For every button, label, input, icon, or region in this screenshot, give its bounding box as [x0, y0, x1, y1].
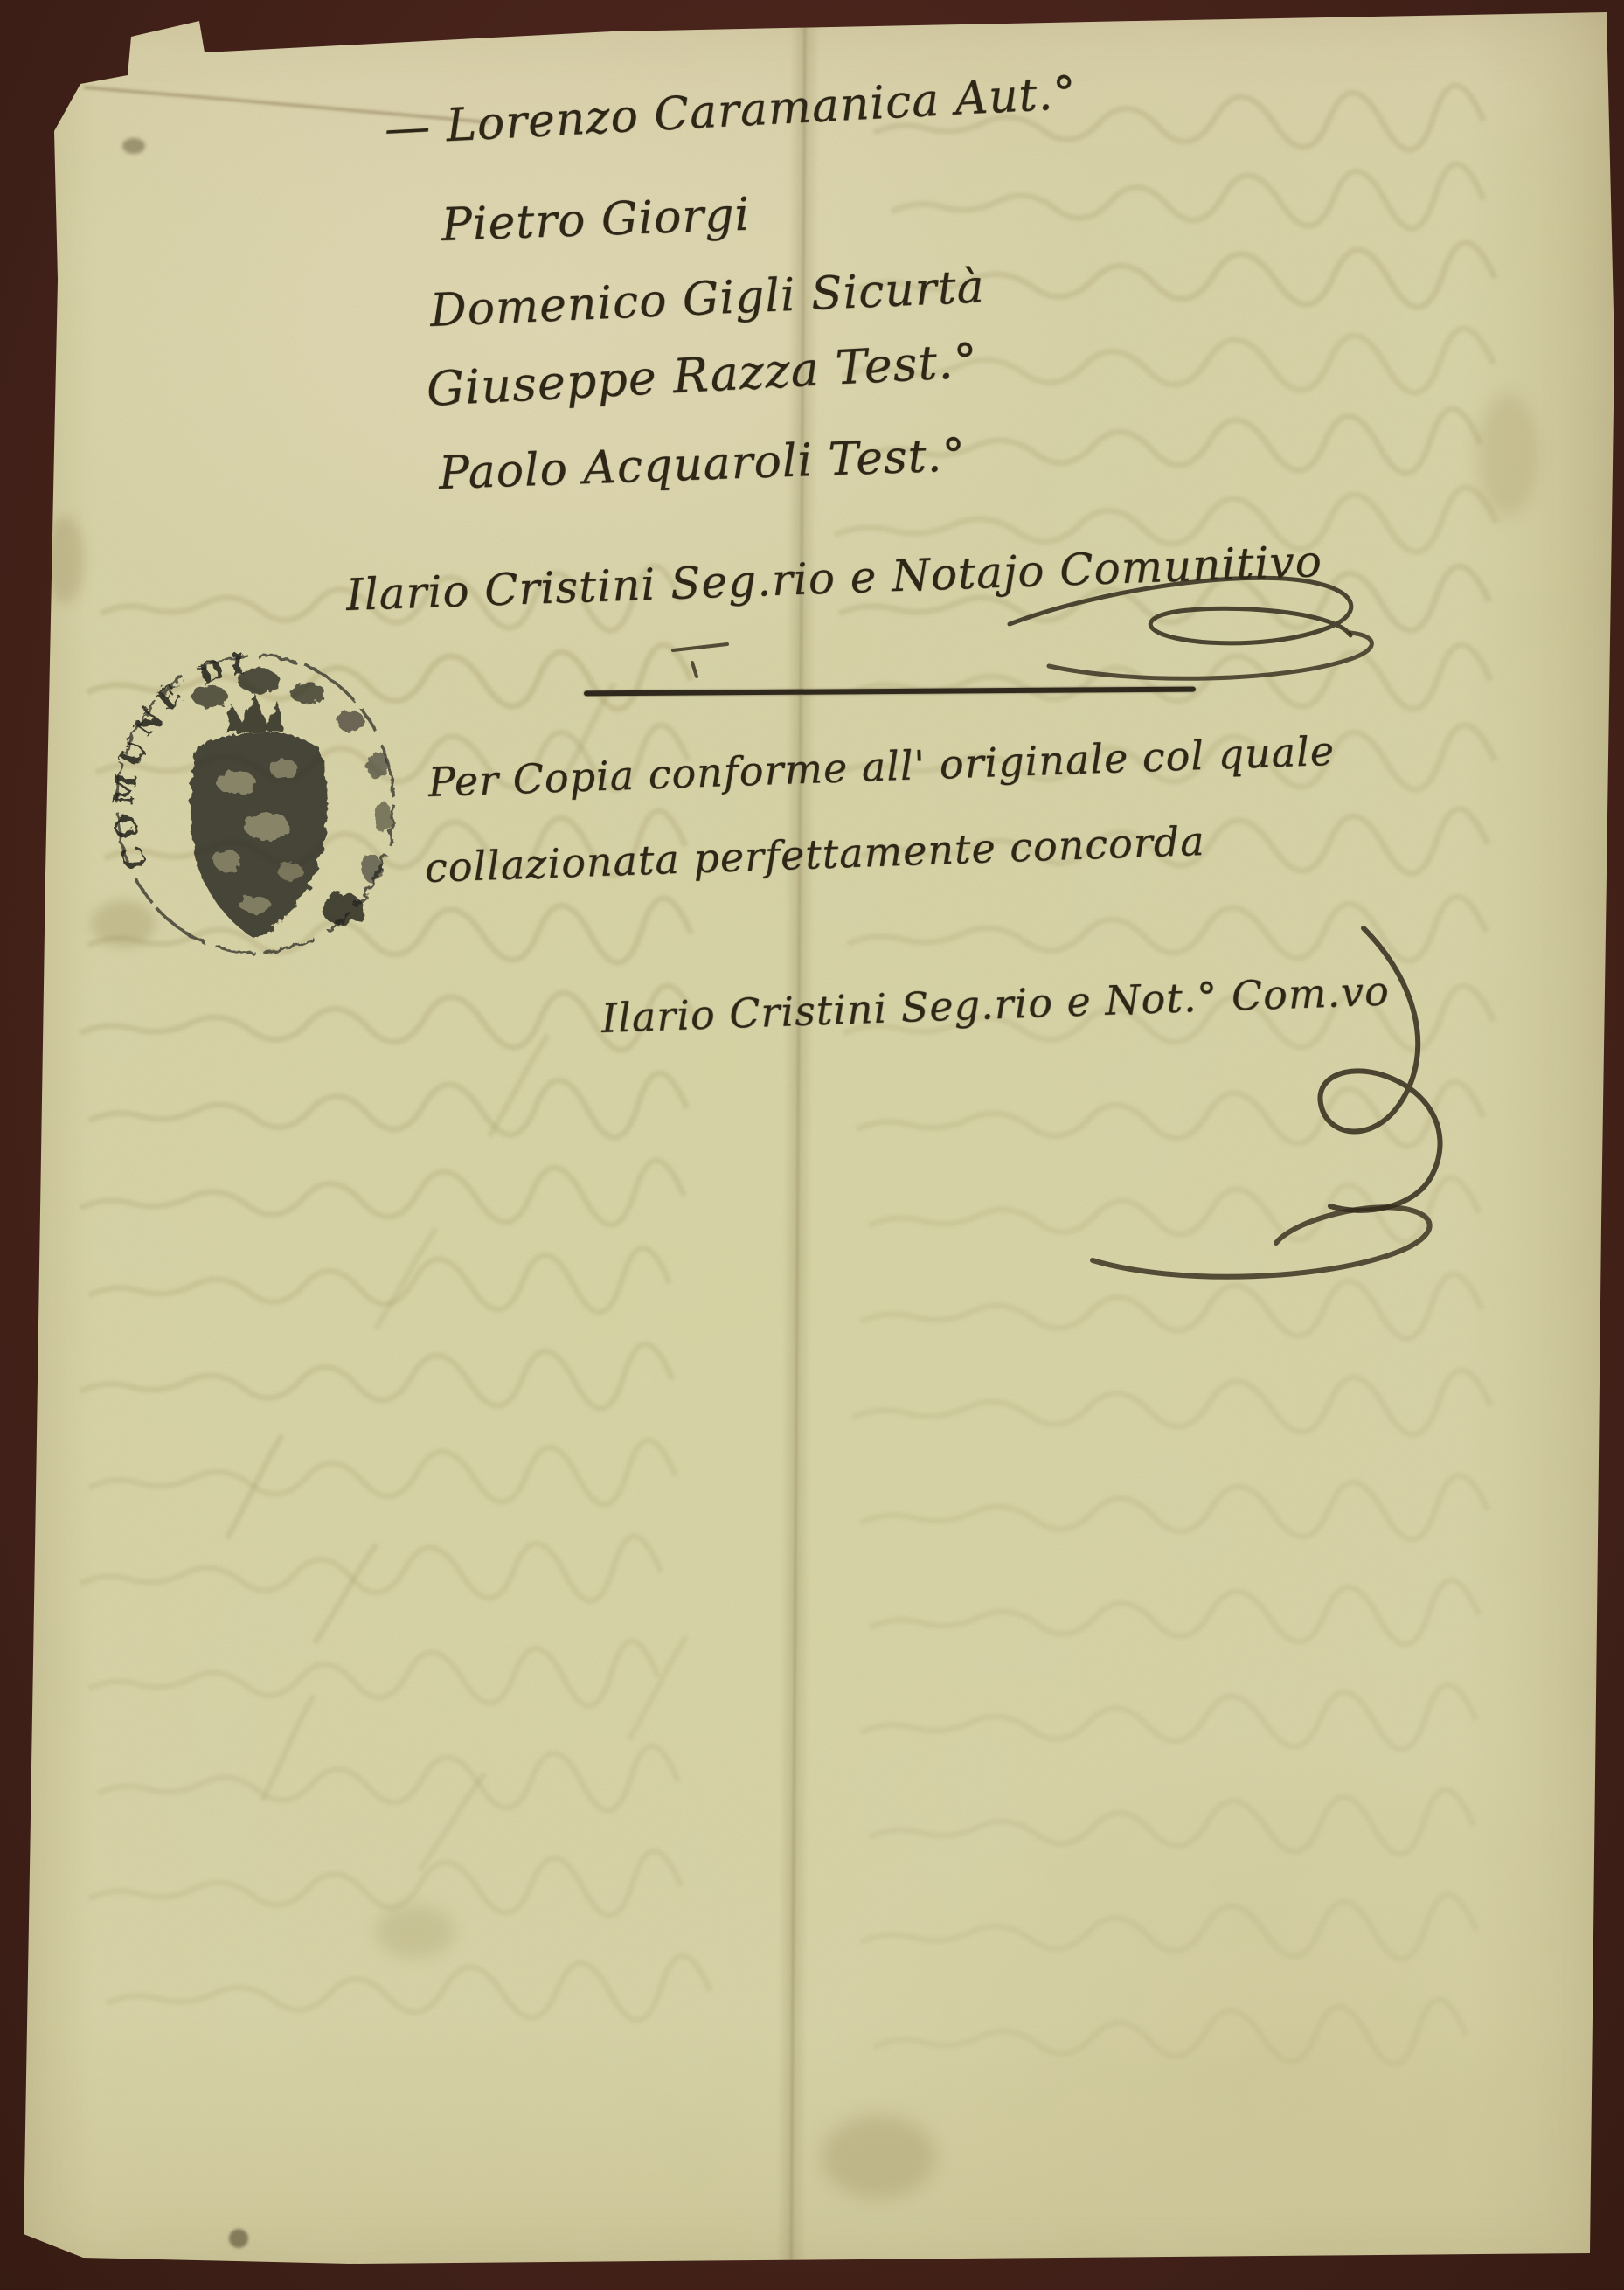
photographed-document: COMUNE DI: [0, 0, 1624, 2290]
signature-line-pietro-giorgi: Pietro Giorgi: [441, 189, 751, 252]
paper-sheet: COMUNE DI: [0, 0, 1624, 2290]
stamp-crown: [226, 693, 284, 732]
municipal-stamp: COMUNE DI: [105, 642, 411, 975]
